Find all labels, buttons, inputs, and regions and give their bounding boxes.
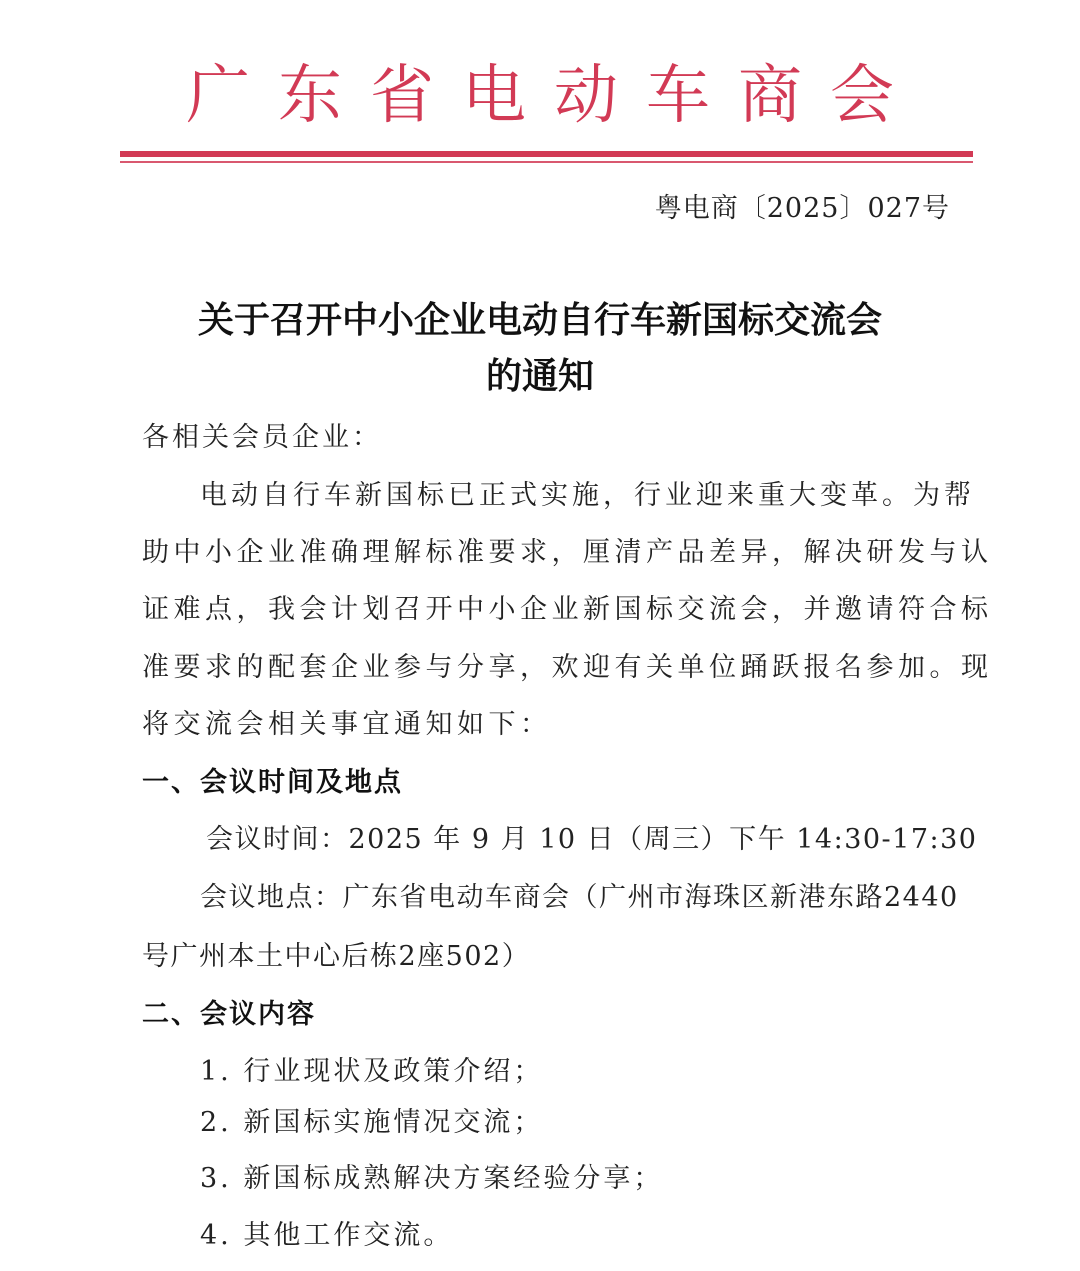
meeting-place-line-2: 号广州本土中心后栋2座502） xyxy=(142,937,530,977)
masthead: 广东省电动车商会 xyxy=(0,58,1080,134)
agenda-item: 3. 新国标成熟解决方案经验分享； xyxy=(200,1159,663,1199)
body-line: 准要求的配套企业参与分享，欢迎有关单位踊跃报名参加。现 xyxy=(142,648,993,688)
red-rule-thin xyxy=(120,161,973,163)
agenda-item: 1. 行业现状及政策介绍； xyxy=(200,1052,543,1092)
organization-name: 广东省电动车商会 xyxy=(158,58,922,134)
body-line: 电动自行车新国标已正式实施，行业迎来重大变革。为帮 xyxy=(200,476,975,516)
document-number: 粤电商〔2025〕027号 xyxy=(655,186,950,225)
notice-title-line-1: 关于召开中小企业电动自行车新国标交流会 xyxy=(0,293,1080,349)
section-heading-time-place: 一、会议时间及地点 xyxy=(142,763,403,803)
body-line: 将交流会相关事宜通知如下： xyxy=(142,705,552,745)
salutation: 各相关会员企业： xyxy=(142,418,382,458)
body-line: 证难点，我会计划召开中小企业新国标交流会，并邀请符合标 xyxy=(142,590,993,630)
meeting-time: 会议时间：2025 年 9 月 10 日（周三）下午 14:30-17:30 xyxy=(206,820,977,860)
agenda-item: 2. 新国标实施情况交流； xyxy=(200,1103,543,1143)
agenda-item: 4. 其他工作交流。 xyxy=(200,1216,453,1256)
meeting-place-line-1: 会议地点：广东省电动车商会（广州市海珠区新港东路2440 xyxy=(200,878,959,918)
section-heading-content: 二、会议内容 xyxy=(142,995,316,1035)
body-line: 助中小企业准确理解标准要求，厘清产品差异，解决研发与认 xyxy=(142,533,993,573)
notice-title-line-2: 的通知 xyxy=(0,349,1080,405)
red-rule-thick xyxy=(120,151,973,157)
